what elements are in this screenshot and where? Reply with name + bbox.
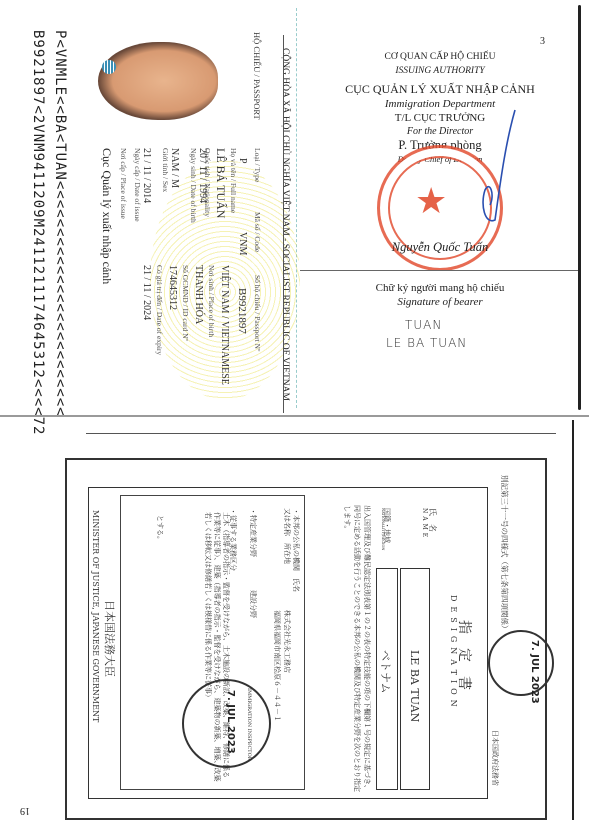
pob-value: THANH HÓA (193, 265, 204, 324)
page-fold (296, 8, 298, 408)
id-label: Số GCMND / ID card Nº (181, 265, 190, 341)
header-rule (283, 35, 284, 413)
bearer-label-vn: Chữ ký người mang hộ chiếu (310, 282, 570, 294)
nationality-label-en: NATIONALITY/REGION (381, 508, 385, 550)
authority-line-6: For the Director (310, 126, 570, 137)
pob-label: Nơi sinh / Place of birth (207, 265, 216, 337)
stamp-date-1: 7. JUL 2023 (529, 640, 540, 704)
bearer-label-en: Signature of bearer (310, 296, 570, 308)
star-icon: ★ (415, 180, 447, 222)
code-label: Mã số / Code (253, 212, 262, 252)
director-signature (455, 105, 525, 230)
passport-header: CỘNG HÒA XÃ HỘI CHỦ NGHĨA VIỆT NAM - SOC… (280, 48, 290, 401)
type-value: P (237, 158, 248, 164)
holder-photo (98, 42, 218, 120)
back-sheet-edge (86, 433, 556, 434)
doc-title: HỘ CHIẾU / PASSPORT (252, 32, 262, 120)
hologram-icon (102, 60, 116, 74)
full-name-label: Họ và tên / Full name (229, 148, 238, 213)
expiry-value: 21 / 11 / 2024 (141, 265, 152, 320)
closing: とする。 (155, 515, 165, 543)
bearer-signature-1: TUAN (405, 318, 442, 332)
nationality-value: VIỆT NAM / VIETNAMESE (219, 265, 230, 385)
page-edge-bottom (572, 420, 574, 820)
place-issue-value: Cục Quản lý xuất nhập cảnh (99, 148, 114, 284)
type-label: Loại / Type (253, 148, 262, 182)
authority-line-4: Immigration Department (310, 98, 570, 110)
designation-title-en: DESIGNATION (449, 595, 458, 712)
name-label-en: NAME (421, 508, 428, 540)
authority-line-5: T/L CỤC TRƯỞNG (310, 112, 570, 124)
page-separator (0, 415, 589, 417)
issue-value: 21 / 11 / 2014 (141, 148, 152, 203)
field-value: 建設分野 (248, 590, 258, 618)
name-label: 氏 名 (427, 508, 438, 532)
authority-line-1: CƠ QUAN CẤP HỘ CHIẾU (310, 52, 570, 62)
authority-line-2: ISSUING AUTHORITY (310, 66, 570, 76)
org-label: ・本邦の公私の機関 氏名又は名称 所在地 (282, 508, 300, 598)
page-number-bottom: 19 (20, 805, 30, 816)
bearer-signature-2: LE BA TUAN (386, 336, 467, 350)
signature-divider (300, 270, 578, 271)
mrz-line-2: B9921897<2VNM9411209M2411211174645312<<<… (30, 30, 46, 435)
org-address: 福岡県福岡市南区桧原６－４４－１ (272, 610, 282, 722)
org-name: 株式会社光永工務店 (282, 610, 292, 673)
minister-en: MINISTER OF JUSTICE, JAPANESE GOVERNMENT (91, 510, 100, 722)
mrz-line-1: P<VNMLE<<BA<TUAN<<<<<<<<<<<<<<<<<<<<<<<<… (52, 30, 68, 417)
sex-value: NAM / M (169, 148, 180, 188)
signer-name: Nguyễn Quốc Tuấn (310, 240, 570, 255)
passport-no-label: Số hộ chiếu / Passport Nº (253, 275, 262, 351)
authority-line-3: CỤC QUẢN LÝ XUẤT NHẬP CẢNH (310, 82, 570, 97)
immigration-stamp-1 (488, 630, 554, 696)
id-value: 174645312 (167, 265, 178, 310)
page-edge (578, 5, 581, 410)
form-reference: 別記第三十一号の四様式（第七条第四項関係） (499, 475, 510, 633)
page-number-top: 3 (540, 36, 545, 47)
minister-jp: 日本国法務大臣 (102, 600, 118, 677)
expiry-label: Có giá trị đến / Date of expiry (155, 265, 164, 355)
name-value: LE BA TUAN (408, 650, 421, 722)
issuer-small: 日本国政府法務省 (490, 730, 500, 786)
designation-statement: 出入国管理及び難民認定法別表第１の２の表の特定技能の項の下欄第１号の規定に基づき… (342, 505, 372, 795)
dob-value: 20 / 11 / 1994 (197, 148, 208, 203)
stamp-date-2: 7. JUL 2023 (225, 690, 236, 754)
full-name-value: LÊ BÁ TUẤN (213, 148, 228, 218)
code-value: VNM (237, 232, 248, 255)
passport-no-value: B9921897 (236, 288, 248, 334)
nationality-value: ベトナム (378, 650, 394, 693)
field-label: ・特定産業分野 (248, 508, 258, 557)
designation-title-jp: 指 定 書 (455, 620, 475, 690)
stamp-text-2: IMMIGRATION INSPECTOR (246, 688, 252, 760)
place-issue-label: Nơi cấp / Place of issue (119, 148, 128, 219)
